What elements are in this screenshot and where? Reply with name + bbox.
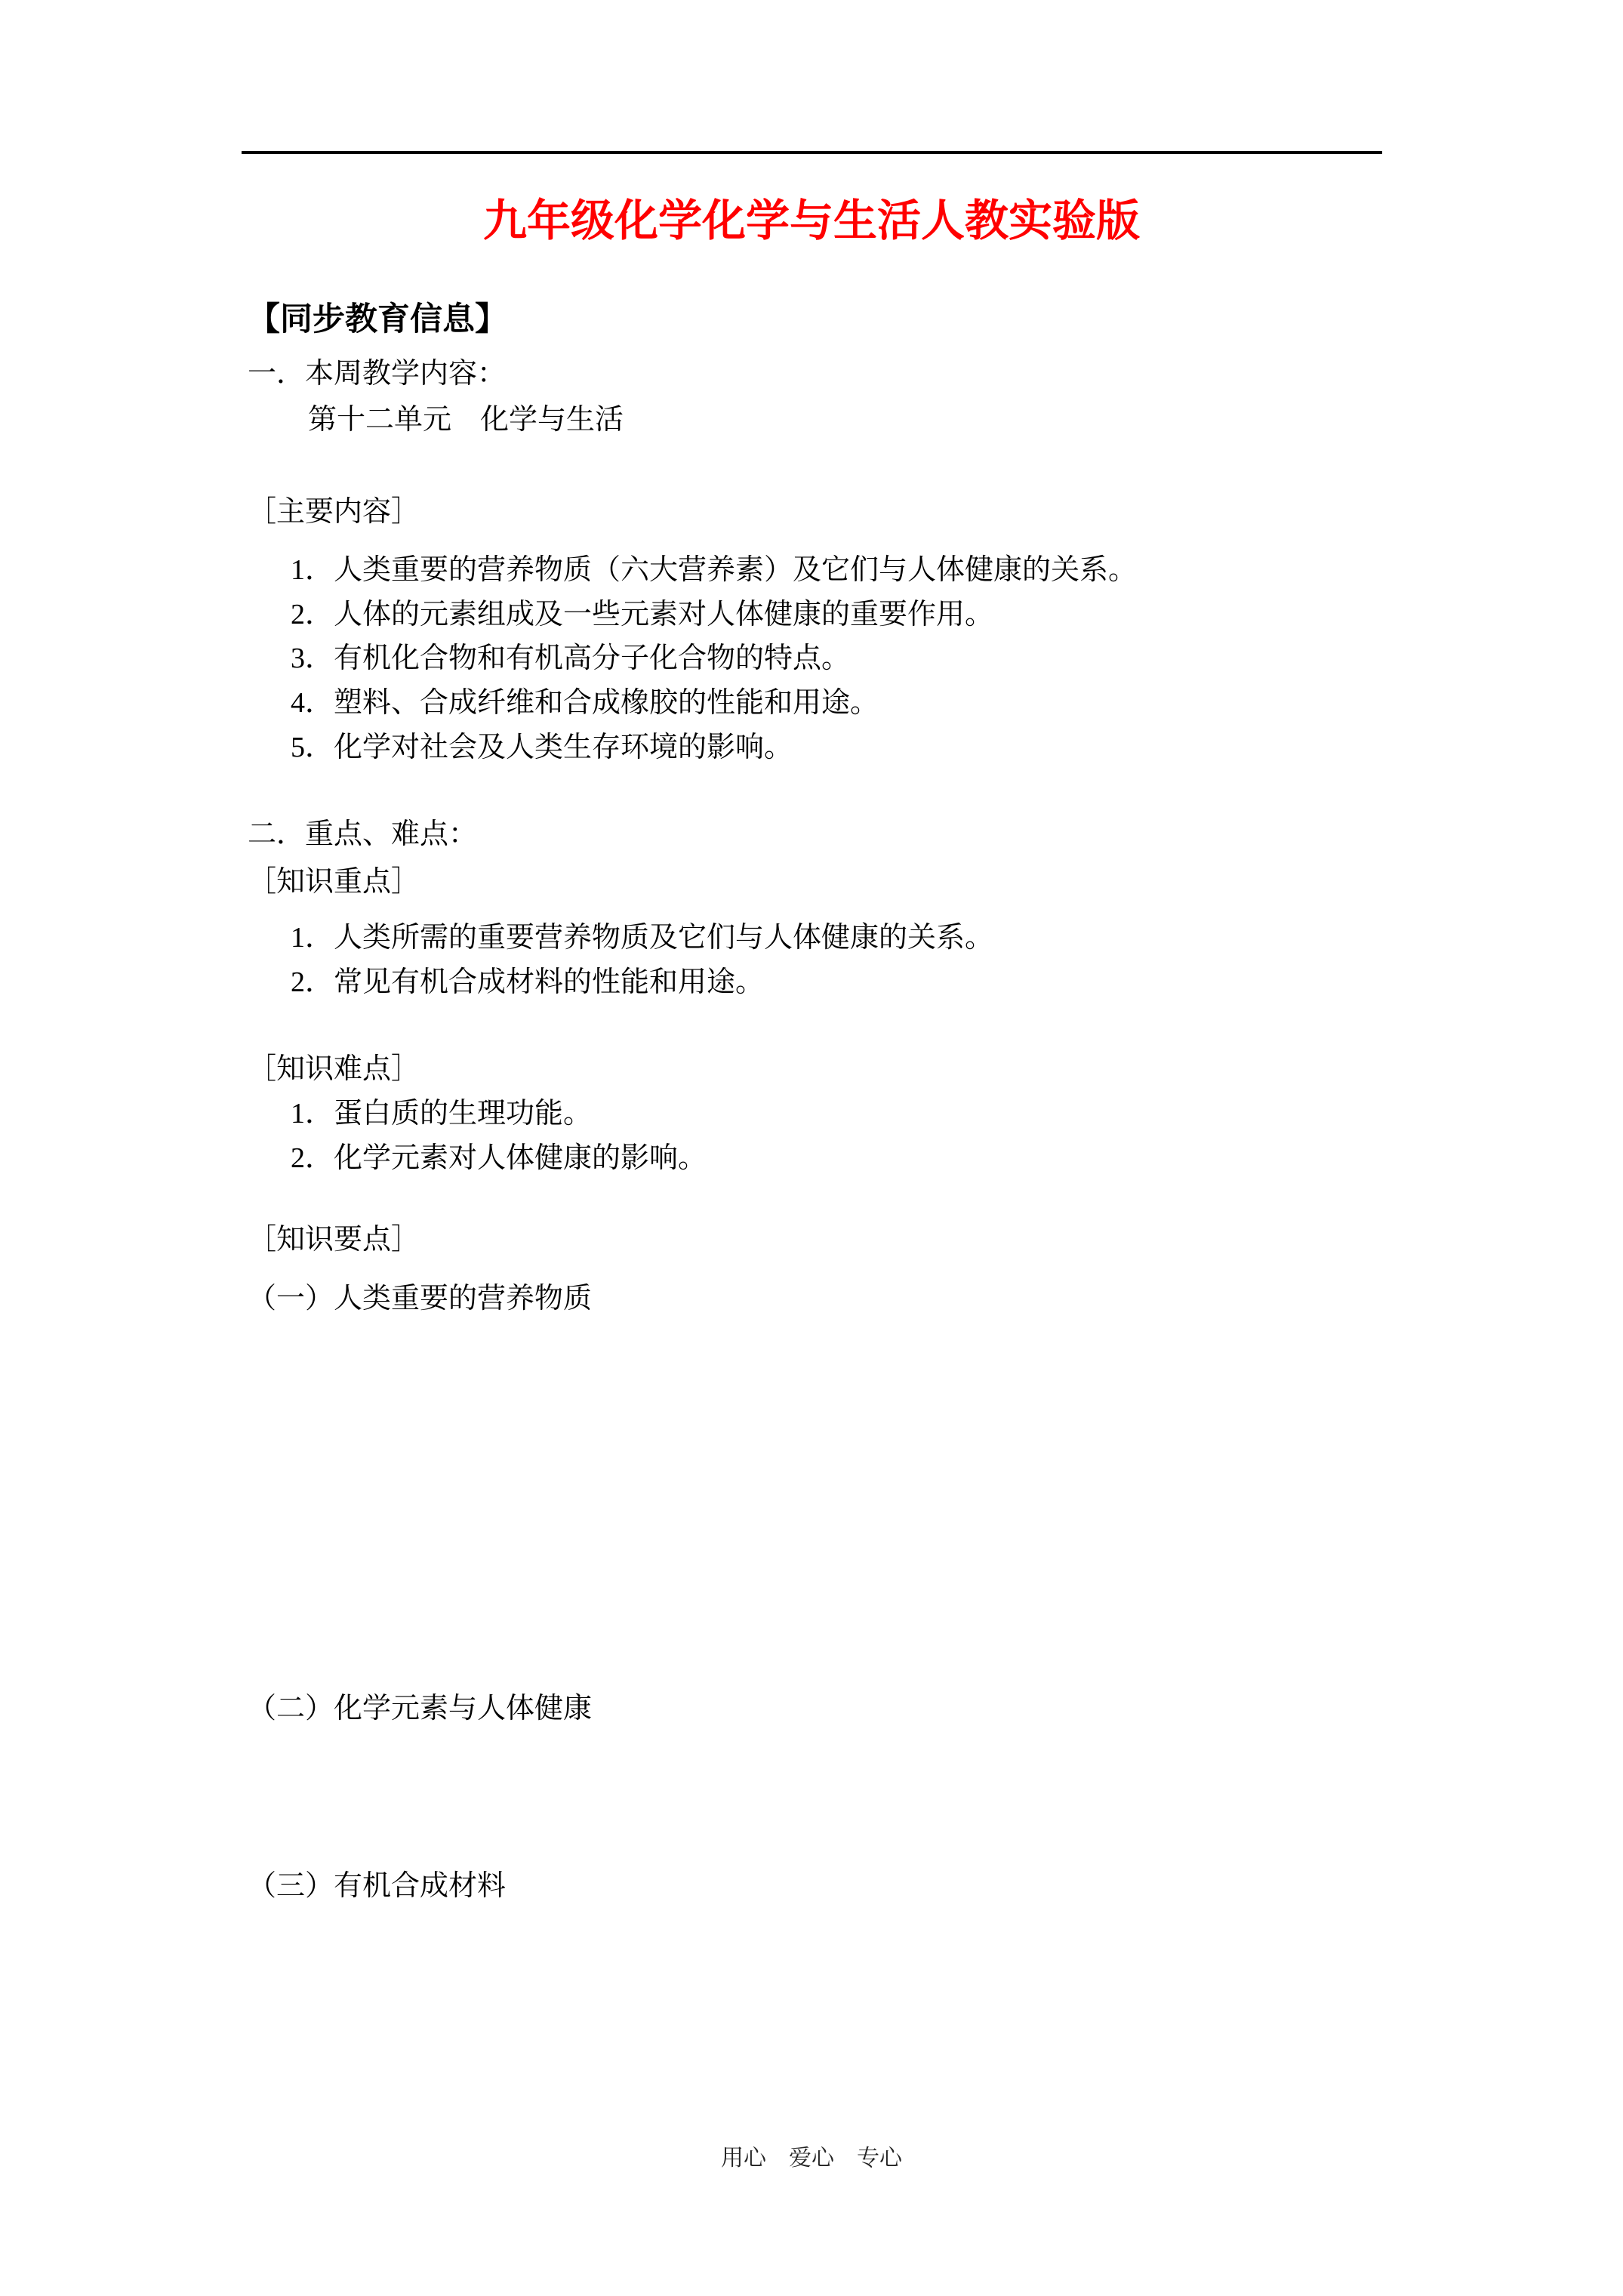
subsection-two-heading: （二）化学元素与人体健康 xyxy=(248,1693,592,1725)
page-footer: 用心 爱心 专心 xyxy=(0,2139,1623,2172)
difficult-point-item: 2．化学元素对人体健康的影响。 xyxy=(291,1143,707,1175)
document-page: 九年级化学化学与生活人教实验版 【同步教育信息】 一．本周教学内容： 第十二单元… xyxy=(0,0,1623,2296)
main-content-item: 3．有机化合物和有机高分子化合物的特点。 xyxy=(291,643,850,675)
subsection-one-heading: （一）人类重要的营养物质 xyxy=(248,1284,592,1315)
teaching-content-heading: 一．本周教学内容： xyxy=(248,359,506,390)
main-content-heading: ［主要内容］ xyxy=(248,497,420,529)
main-content-item: 4．塑料、合成纤维和合成橡胶的性能和用途。 xyxy=(291,688,879,720)
difficult-point-item: 1．蛋白质的生理功能。 xyxy=(291,1099,592,1130)
key-points-heading: ［知识重点］ xyxy=(248,867,420,898)
key-point-item: 1．人类所需的重要营养物质及它们与人体健康的关系。 xyxy=(291,923,993,954)
document-title: 九年级化学化学与生活人教实验版 xyxy=(0,195,1623,248)
difficult-points-heading: ［知识难点］ xyxy=(248,1054,420,1086)
knowledge-points-heading: ［知识要点］ xyxy=(248,1225,420,1256)
section-header: 【同步教育信息】 xyxy=(248,302,507,337)
main-content-item: 5．化学对社会及人类生存环境的影响。 xyxy=(291,732,793,764)
subsection-three-heading: （三）有机合成材料 xyxy=(248,1871,506,1903)
main-content-item: 1．人类重要的营养物质（六大营养素）及它们与人体健康的关系。 xyxy=(291,555,1137,587)
teaching-content-unit: 第十二单元 化学与生活 xyxy=(308,405,624,436)
key-point-item: 2．常见有机合成材料的性能和用途。 xyxy=(291,967,764,999)
horizontal-rule xyxy=(242,151,1382,154)
key-difficult-heading: 二．重点、难点： xyxy=(248,819,477,851)
main-content-item: 2．人体的元素组成及一些元素对人体健康的重要作用。 xyxy=(291,599,993,631)
